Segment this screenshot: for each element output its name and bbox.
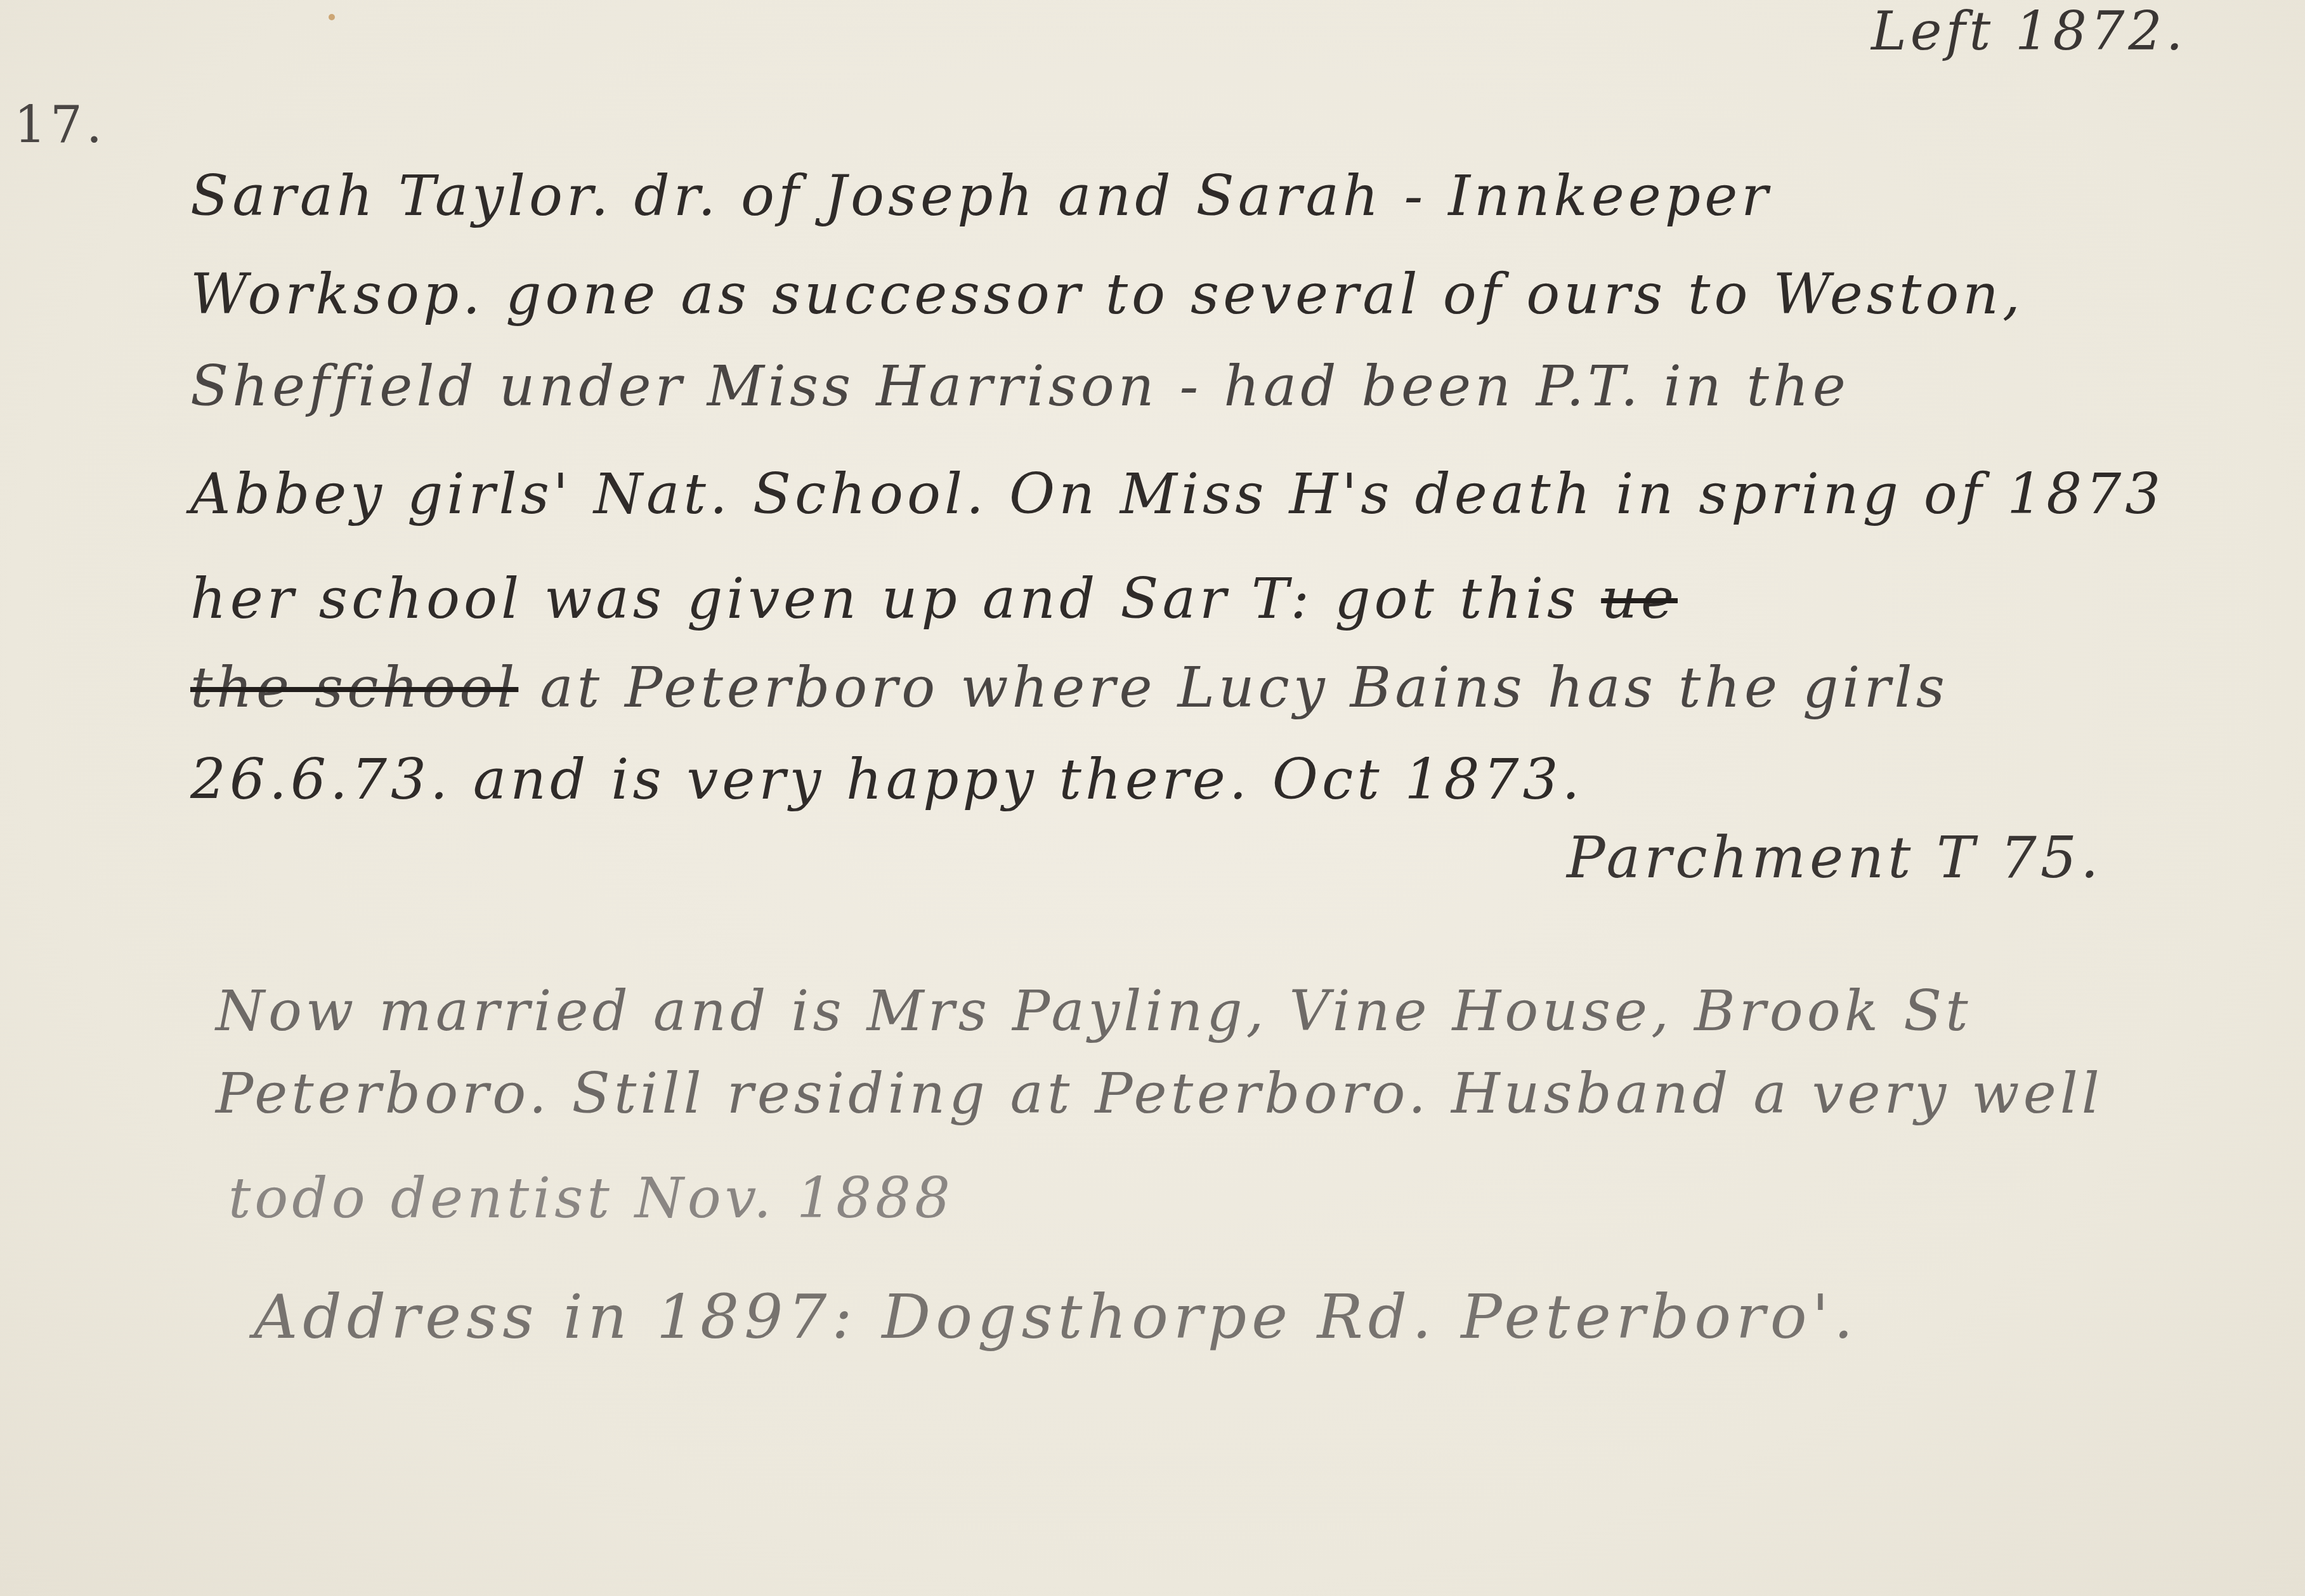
struck-text-ue: ue bbox=[1601, 566, 1678, 631]
entry-line-5: her school was given up and Sar T: got t… bbox=[190, 571, 1678, 627]
entry-line-6-text: at Peterboro where Lucy Bains has the gi… bbox=[540, 655, 1949, 720]
foxing-spot bbox=[329, 14, 335, 20]
later-note-line-3: todo dentist Nov. 1888 bbox=[228, 1170, 954, 1226]
pencil-address-note: Address in 1897: Dogsthorpe Rd. Peterbor… bbox=[254, 1281, 1858, 1352]
parchment-note: Parchment T 75. bbox=[1567, 825, 2103, 891]
entry-line-2: Worksop. gone as successor to several of… bbox=[190, 266, 2024, 322]
entry-line-6: the school at Peterboro where Lucy Bains… bbox=[190, 660, 1949, 716]
register-page: Left 1872. 17. Sarah Taylor. dr. of Jose… bbox=[0, 0, 2305, 1596]
entry-line-7: 26.6.73. and is very happy there. Oct 18… bbox=[190, 752, 1584, 808]
entry-line-1: Sarah Taylor. dr. of Joseph and Sarah - … bbox=[190, 168, 1772, 224]
struck-text-the-school: the school bbox=[190, 655, 518, 720]
entry-line-4: Abbey girls' Nat. School. On Miss H's de… bbox=[190, 466, 2164, 522]
later-note-line-1: Now married and is Mrs Payling, Vine Hou… bbox=[216, 983, 1972, 1039]
entry-line-3: Sheffield under Miss Harrison - had been… bbox=[190, 358, 1850, 414]
later-note-line-2: Peterboro. Still residing at Peterboro. … bbox=[216, 1066, 2103, 1122]
left-date: Left 1872. bbox=[1871, 0, 2187, 62]
entry-line-5-text: her school was given up and Sar T: got t… bbox=[190, 566, 1579, 631]
entry-number: 17. bbox=[14, 95, 106, 154]
